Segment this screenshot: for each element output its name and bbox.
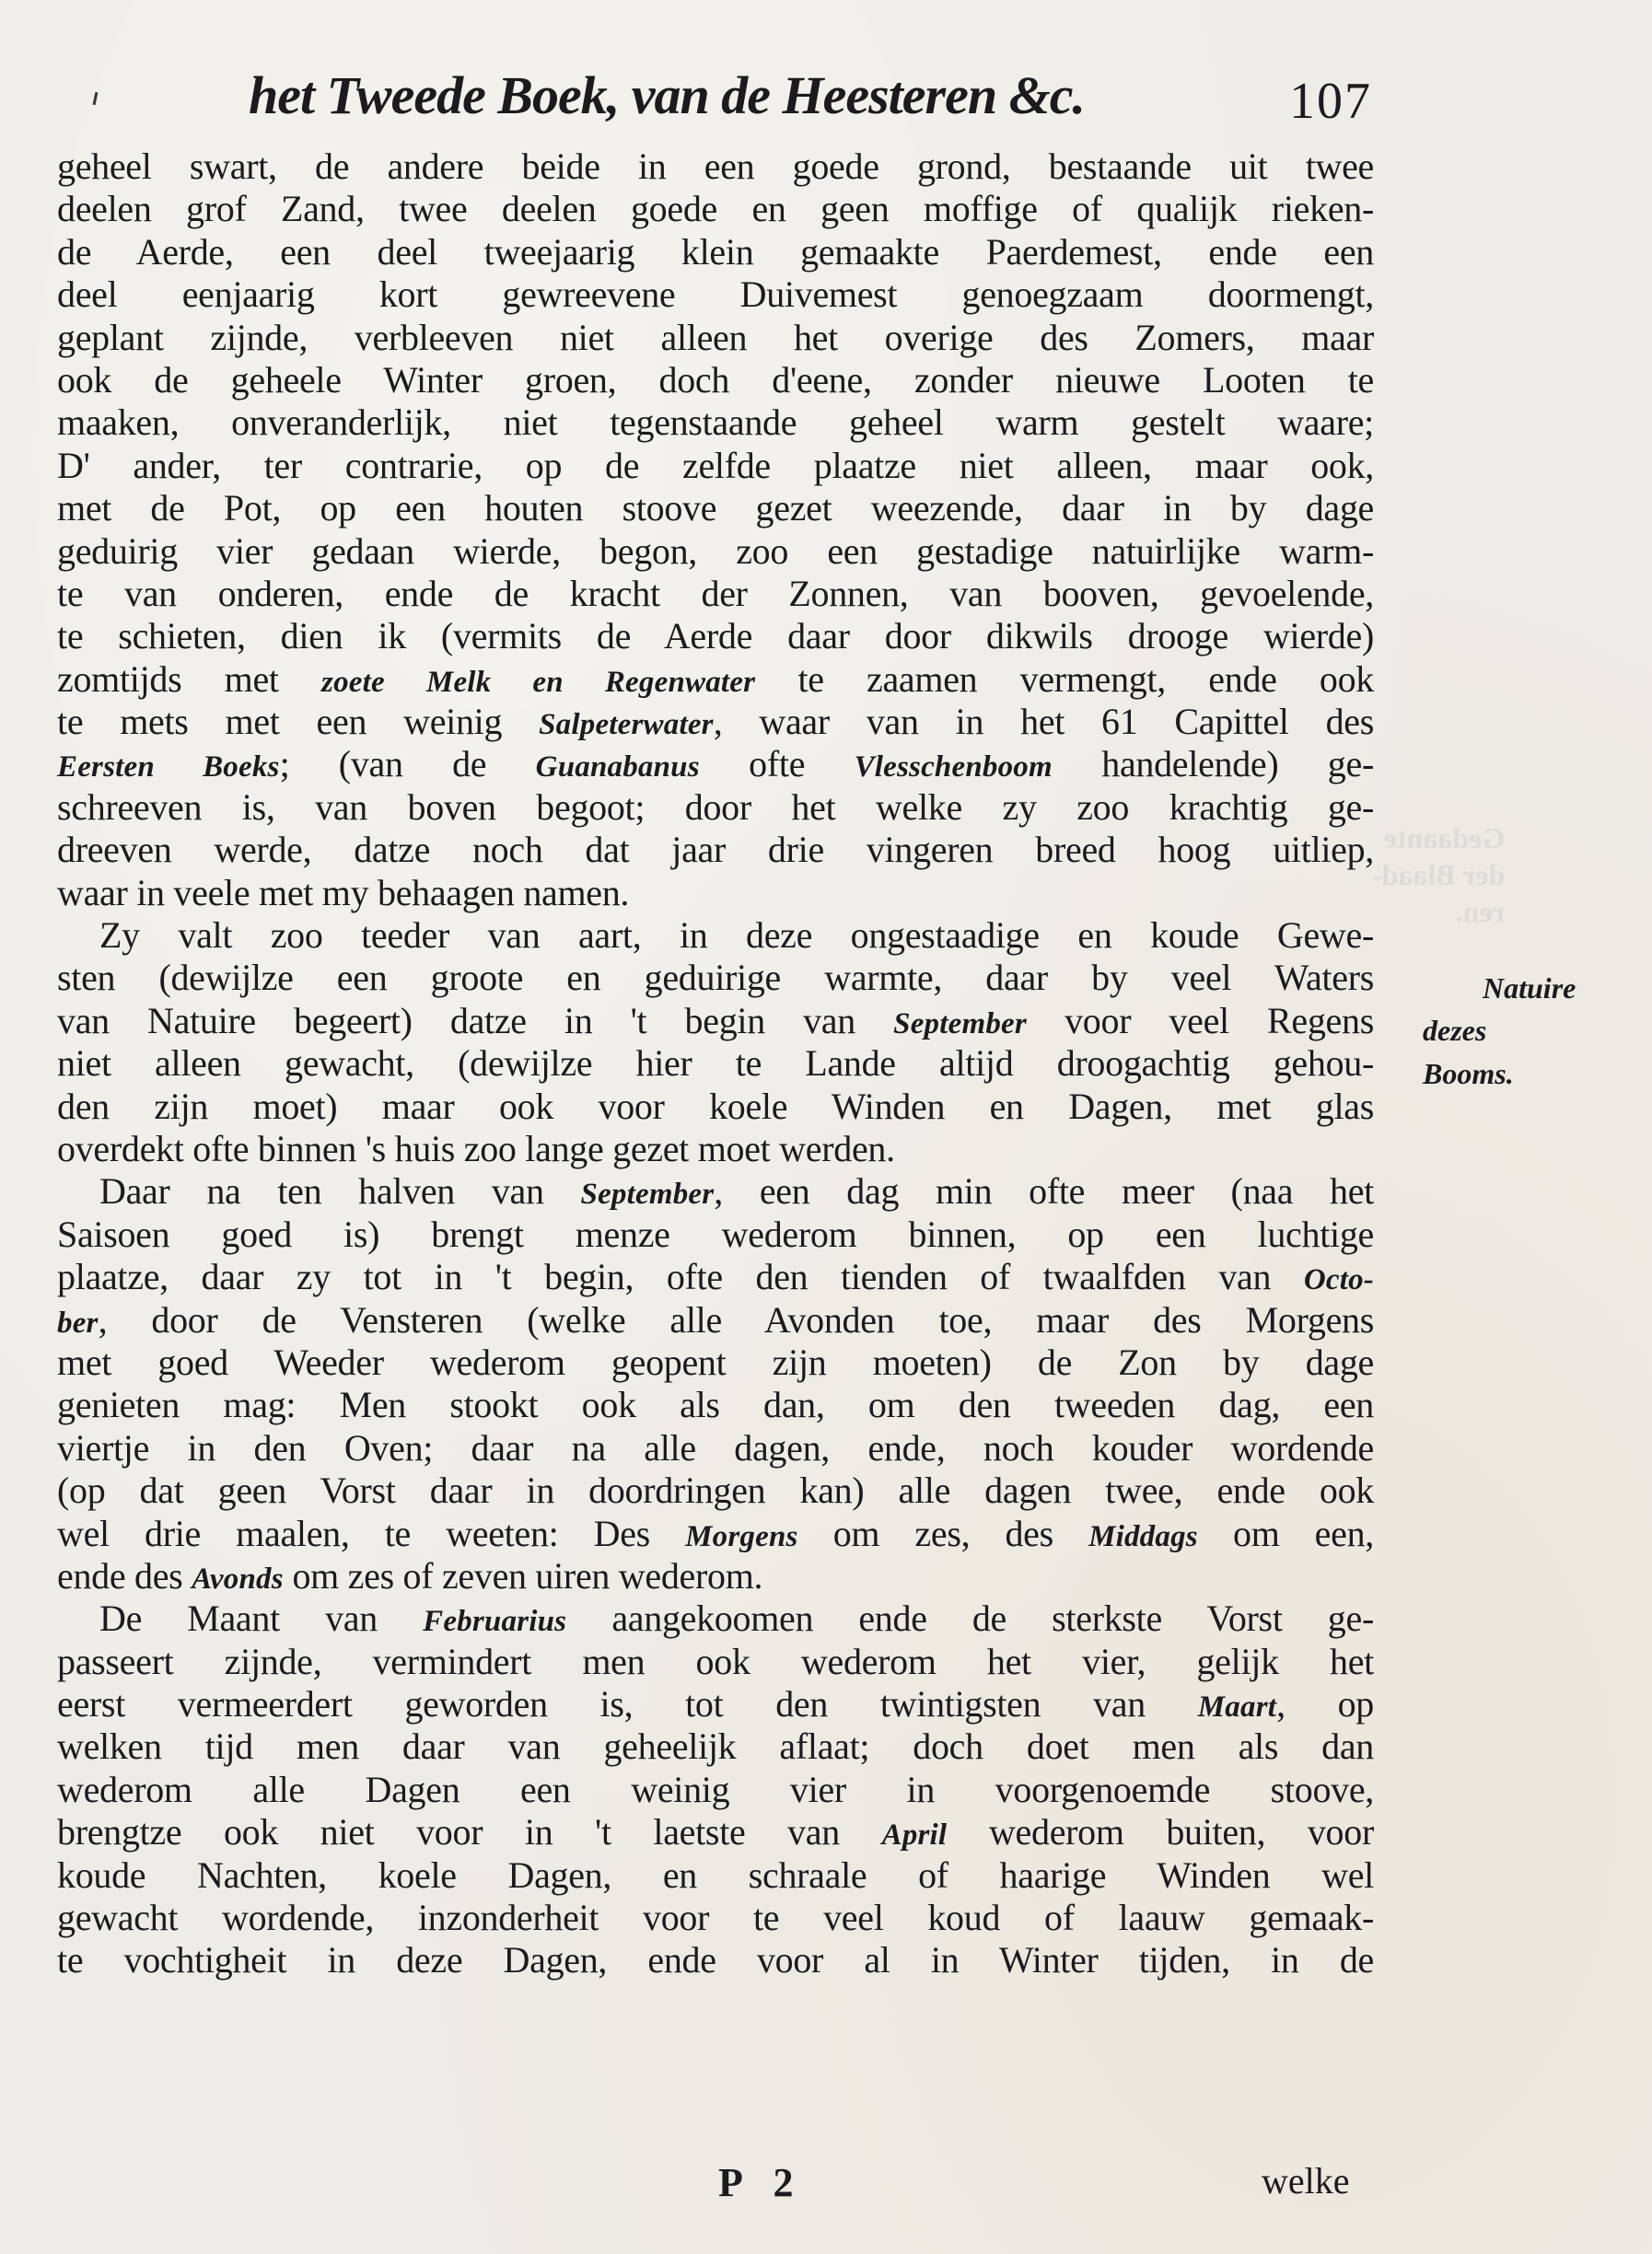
text-run: deel eenjaarig kort gewreevene Duivemest… xyxy=(57,273,1374,315)
text-line: welken tijd men daar van geheelijk aflaa… xyxy=(57,1725,1374,1768)
text-line: Zy valt zoo teeder van aart, in deze ong… xyxy=(57,914,1374,957)
text-line: geduirig vier gedaan wierde, begon, zoo … xyxy=(57,530,1374,573)
page-number: 107 xyxy=(1289,72,1372,131)
text-line: niet alleen gewacht, (dewijlze hier te L… xyxy=(57,1042,1374,1085)
catchword: welke xyxy=(1262,2159,1350,2202)
text-line: D' ander, ter contrarie, op de zelfde pl… xyxy=(57,445,1374,487)
text-run: genieten mag: Men stookt ook als dan, om… xyxy=(57,1384,1374,1425)
text-run: van Natuire begeert) datze in 't begin v… xyxy=(57,1000,893,1041)
text-run: geheel swart, de andere beide in een goe… xyxy=(57,145,1374,187)
body-text: geheel swart, de andere beide in een goe… xyxy=(57,145,1374,1982)
text-line: (op dat geen Vorst daar in doordringen k… xyxy=(57,1470,1374,1512)
text-line: eerst vermeerdert geworden is, tot den t… xyxy=(57,1683,1374,1725)
text-run: Saisoen goed is) brengt menze wederom bi… xyxy=(57,1214,1374,1255)
text-line: plaatze, daar zy tot in 't begin, ofte d… xyxy=(57,1256,1374,1298)
book-page: het Tweede Boek, van de Heesteren &c. 10… xyxy=(0,0,1652,2254)
text-run: te zaamen vermengt, ende ook xyxy=(755,658,1374,700)
text-line: ook de geheele Winter groen, doch d'eene… xyxy=(57,359,1374,401)
text-run: om zes, des xyxy=(798,1513,1089,1554)
text-run: Daar na ten halven van xyxy=(99,1170,581,1212)
italic-term: Februarius xyxy=(423,1605,566,1638)
text-run: eerst vermeerdert geworden is, tot den t… xyxy=(57,1683,1198,1725)
text-line: deelen grof Zand, twee deelen goede en g… xyxy=(57,188,1374,230)
text-line: Daar na ten halven van September, een da… xyxy=(57,1170,1374,1213)
text-line: ende des Avonds om zes of zeven uiren we… xyxy=(57,1555,1374,1598)
text-line: wel drie maalen, te weeten: Des Morgens … xyxy=(57,1513,1374,1555)
text-line: met de Pot, op een houten stoove gezet w… xyxy=(57,487,1374,529)
italic-term: September xyxy=(581,1178,715,1211)
text-line: koude Nachten, koele Dagen, en schraale … xyxy=(57,1854,1374,1897)
italic-term: Vlesschenboom xyxy=(855,750,1053,784)
text-run: geduirig vier gedaan wierde, begon, zoo … xyxy=(57,530,1374,572)
text-run: te vochtigheit in deze Dagen, ende voor … xyxy=(57,1939,1374,1981)
text-line: passeert zijnde, vermindert men ook wede… xyxy=(57,1641,1374,1683)
margin-note-line: Booms. xyxy=(1423,1052,1607,1095)
margin-note: NatuiredezesBooms. xyxy=(1423,967,1607,1095)
text-run: brengtze ook niet voor in 't laetste van xyxy=(57,1811,882,1853)
text-run: met goed Weeder wederom geopent zijn moe… xyxy=(57,1342,1374,1383)
text-run: welken tijd men daar van geheelijk aflaa… xyxy=(57,1725,1374,1767)
text-run: den zijn moet) maar ook voor koele Winde… xyxy=(57,1086,1374,1127)
italic-term: Avonds xyxy=(192,1563,284,1596)
text-run: met de Pot, op een houten stoove gezet w… xyxy=(57,487,1374,529)
bleed-through-margin-note: Gedaanteder Blaad-ren. xyxy=(1372,819,1505,930)
text-run: plaatze, daar zy tot in 't begin, ofte d… xyxy=(57,1256,1304,1297)
text-line: van Natuire begeert) datze in 't begin v… xyxy=(57,1000,1374,1042)
text-run: ook de geheele Winter groen, doch d'eene… xyxy=(57,359,1374,401)
text-run: aangekoomen ende de sterkste Vorst ge- xyxy=(566,1598,1374,1639)
italic-term: Maart xyxy=(1198,1690,1276,1724)
text-line: gewacht wordende, inzonderheit voor te v… xyxy=(57,1897,1374,1939)
text-line: den zijn moet) maar ook voor koele Winde… xyxy=(57,1086,1374,1128)
text-run: handelende) ge- xyxy=(1053,743,1374,784)
text-run: om een, xyxy=(1198,1513,1374,1554)
text-run: koude Nachten, koele Dagen, en schraale … xyxy=(57,1854,1374,1896)
text-run: , door de Vensteren (welke alle Avonden … xyxy=(99,1299,1374,1341)
text-run: deelen grof Zand, twee deelen goede en g… xyxy=(57,188,1374,229)
italic-term: Octo- xyxy=(1304,1263,1374,1296)
bleed-through-line: der Blaad- xyxy=(1372,856,1505,893)
text-run: voor veel Regens xyxy=(1027,1000,1374,1041)
text-run: Zy valt zoo teeder van aart, in deze ong… xyxy=(99,914,1374,956)
text-line: te schieten, dien ik (vermits de Aerde d… xyxy=(57,615,1374,657)
text-run: D' ander, ter contrarie, op de zelfde pl… xyxy=(57,445,1374,486)
italic-term: April xyxy=(882,1818,948,1852)
italic-term: Eersten Boeks xyxy=(57,750,280,784)
text-run: passeert zijnde, vermindert men ook wede… xyxy=(57,1641,1374,1682)
text-run: ; (van de xyxy=(280,743,536,784)
italic-term: ber xyxy=(57,1307,99,1340)
text-line: te van onderen, ende de kracht der Zonne… xyxy=(57,573,1374,615)
bleed-through-line: Gedaante xyxy=(1372,819,1505,856)
text-line: dreeven werde, datze noch dat jaar drie … xyxy=(57,829,1374,871)
text-run: schreeven is, van boven begoot; door het… xyxy=(57,786,1374,828)
text-line: overdekt ofte binnen 's huis zoo lange g… xyxy=(57,1128,1374,1170)
text-run: (op dat geen Vorst daar in doordringen k… xyxy=(57,1470,1374,1511)
margin-note-line: dezes xyxy=(1423,1009,1607,1051)
text-line: viertje in den Oven; daar na alle dagen,… xyxy=(57,1427,1374,1470)
text-run: te schieten, dien ik (vermits de Aerde d… xyxy=(57,615,1374,656)
text-line: wederom alle Dagen een weinig vier in vo… xyxy=(57,1769,1374,1811)
text-run: viertje in den Oven; daar na alle dagen,… xyxy=(57,1427,1374,1469)
text-line: De Maant van Februarius aangekoomen ende… xyxy=(57,1598,1374,1640)
text-run: geplant zijnde, verbleeven niet alleen h… xyxy=(57,317,1374,358)
text-run: de Aerde, een deel tweejaarig klein gema… xyxy=(57,231,1374,273)
text-run: ende des xyxy=(57,1555,192,1597)
running-title: het Tweede Boek, van de Heesteren &c. xyxy=(249,64,1085,126)
ink-speck xyxy=(93,92,99,105)
text-run: , op xyxy=(1276,1683,1374,1725)
text-run: om zes of zeven uiren wederom. xyxy=(284,1555,763,1597)
text-line: te mets met een weinig Salpeterwater, wa… xyxy=(57,701,1374,743)
text-run: wederom alle Dagen een weinig vier in vo… xyxy=(57,1769,1374,1810)
text-run: sten (dewijlze een groote en geduirige w… xyxy=(57,957,1374,998)
italic-term: Morgens xyxy=(685,1520,797,1553)
text-run: gewacht wordende, inzonderheit voor te v… xyxy=(57,1897,1374,1938)
text-run: wederom buiten, voor xyxy=(947,1811,1374,1853)
text-line: schreeven is, van boven begoot; door het… xyxy=(57,786,1374,829)
text-run: , een dag min ofte meer (naa het xyxy=(714,1170,1374,1212)
text-run: zomtijds met xyxy=(57,658,321,700)
text-run: maaken, onveranderlijk, niet tegenstaand… xyxy=(57,401,1374,443)
text-run: , waar van in het 61 Capittel des xyxy=(714,701,1374,742)
text-line: waar in veele met my behaagen namen. xyxy=(57,872,1374,914)
text-run: wel drie maalen, te weeten: Des xyxy=(57,1513,685,1554)
text-run: niet alleen gewacht, (dewijlze hier te L… xyxy=(57,1042,1374,1084)
margin-note-line: Natuire xyxy=(1423,967,1607,1009)
text-run: De Maant van xyxy=(99,1598,423,1639)
text-run: waar in veele met my behaagen namen. xyxy=(57,872,629,913)
text-line: de Aerde, een deel tweejaarig klein gema… xyxy=(57,231,1374,273)
page-footer: P 2 welke xyxy=(0,2159,1652,2214)
bleed-through-line: ren. xyxy=(1372,893,1505,930)
text-run: te mets met een weinig xyxy=(57,701,539,742)
text-line: geheel swart, de andere beide in een goe… xyxy=(57,145,1374,188)
text-run: dreeven werde, datze noch dat jaar drie … xyxy=(57,829,1374,870)
text-line: te vochtigheit in deze Dagen, ende voor … xyxy=(57,1939,1374,1981)
running-head: het Tweede Boek, van de Heesteren &c. 10… xyxy=(249,64,1381,129)
text-line: sten (dewijlze een groote en geduirige w… xyxy=(57,957,1374,999)
text-line: Eersten Boeks; (van de Guanabanus ofte V… xyxy=(57,743,1374,785)
italic-term: Salpeterwater xyxy=(539,708,714,741)
text-line: maaken, onveranderlijk, niet tegenstaand… xyxy=(57,401,1374,444)
italic-term: Middags xyxy=(1088,1520,1198,1553)
text-run: te van onderen, ende de kracht der Zonne… xyxy=(57,573,1374,614)
text-run: ofte xyxy=(700,743,855,784)
italic-term: zoete Melk en Regenwater xyxy=(321,666,755,699)
text-line: deel eenjaarig kort gewreevene Duivemest… xyxy=(57,273,1374,316)
italic-term: Guanabanus xyxy=(536,750,700,784)
text-line: brengtze ook niet voor in 't laetste van… xyxy=(57,1811,1374,1853)
text-line: geplant zijnde, verbleeven niet alleen h… xyxy=(57,317,1374,359)
text-line: zomtijds met zoete Melk en Regenwater te… xyxy=(57,658,1374,701)
text-line: met goed Weeder wederom geopent zijn moe… xyxy=(57,1342,1374,1384)
italic-term: September xyxy=(893,1007,1027,1040)
text-line: ber, door de Vensteren (welke alle Avond… xyxy=(57,1299,1374,1342)
text-line: Saisoen goed is) brengt menze wederom bi… xyxy=(57,1214,1374,1256)
text-line: genieten mag: Men stookt ook als dan, om… xyxy=(57,1384,1374,1426)
text-run: overdekt ofte binnen 's huis zoo lange g… xyxy=(57,1128,895,1169)
signature-mark: P 2 xyxy=(718,2159,804,2206)
